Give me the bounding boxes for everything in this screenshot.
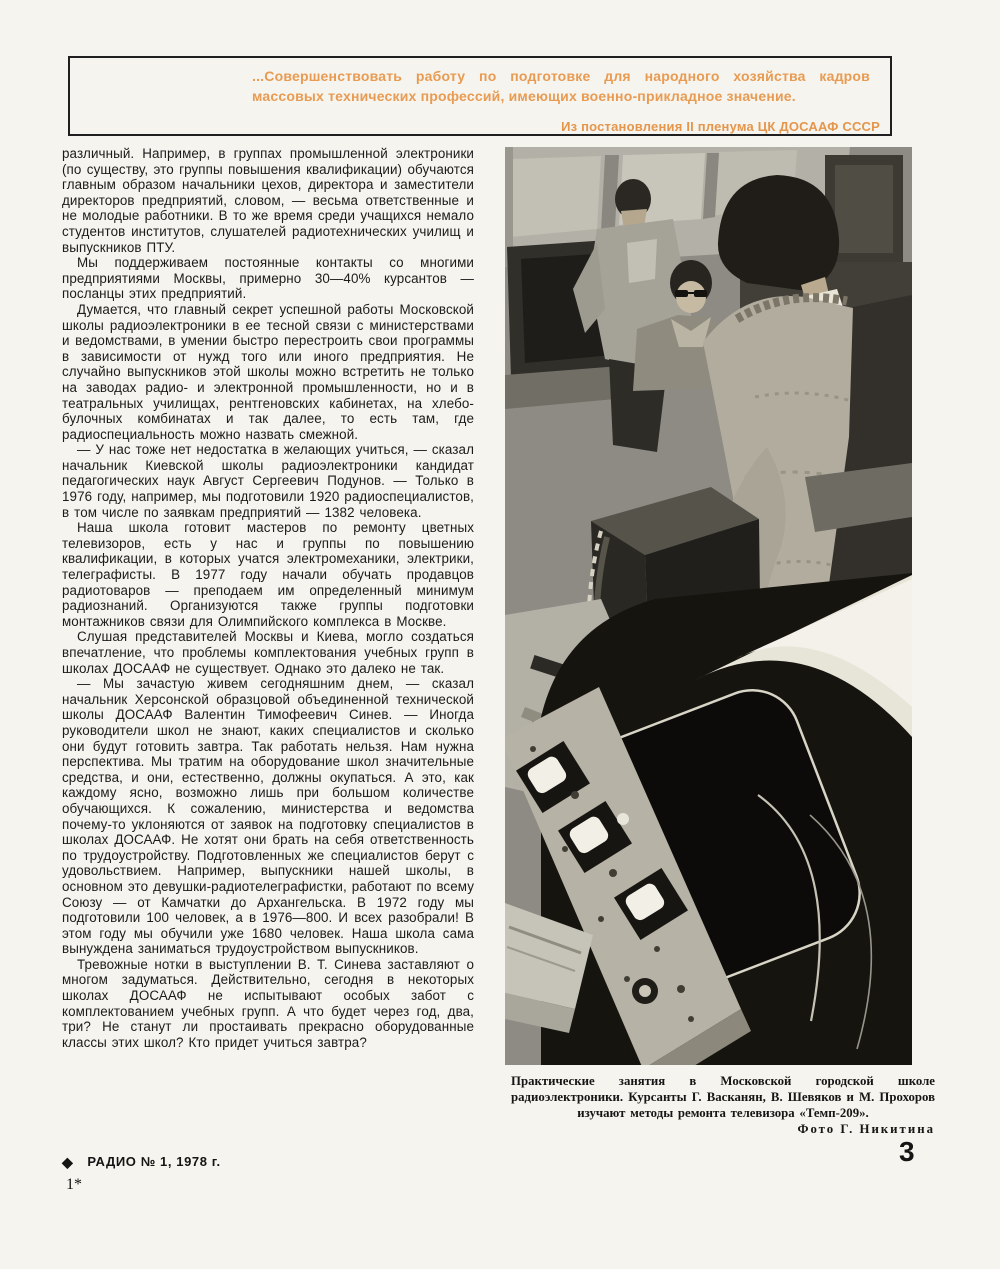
photo-figure [505,147,912,1065]
diamond-icon: ◆ [62,1155,73,1169]
banner-attribution: Из постановления II пленума ЦК ДОСААФ СС… [561,119,880,134]
magazine-page: ...Совершенствовать работу по подготовке… [0,0,1000,1269]
photo-caption-block: Практические занятия в Московской городс… [511,1074,935,1138]
page-number: 3 [899,1136,915,1168]
footer-journal-line: ◆ РАДИО № 1, 1978 г. [62,1154,221,1169]
banner-quote: ...Совершенствовать работу по подготовке… [252,67,870,106]
signature-mark: 1* [66,1176,82,1194]
photo-illustration [505,147,912,1065]
masthead-banner: ...Совершенствовать работу по подготовке… [68,56,892,136]
photo-credit: Фото Г. Никитина [511,1122,935,1138]
article-paragraph: различный. Например, в группах промышлен… [62,146,474,255]
article-column: различный. Например, в группах промышлен… [62,146,474,1050]
article-paragraph: Наша школа готовит мастеров по ремонту ц… [62,520,474,629]
journal-title: РАДИО № 1, 1978 г. [87,1154,220,1169]
article-paragraph: Мы поддерживаем постоянные контакты со м… [62,255,474,302]
article-paragraph: Думается, что главный секрет успешной ра… [62,302,474,442]
article-paragraph: Тревожные нотки в выступлении В. Т. Сине… [62,957,474,1051]
photo-caption: Практические занятия в Московской городс… [511,1074,935,1121]
article-paragraph: — У нас тоже нет недостатка в желающих у… [62,442,474,520]
article-paragraph: Слушая представителей Москвы и Киева, мо… [62,629,474,676]
article-paragraph: — Мы зачастую живем сегодняшним днем, — … [62,676,474,957]
